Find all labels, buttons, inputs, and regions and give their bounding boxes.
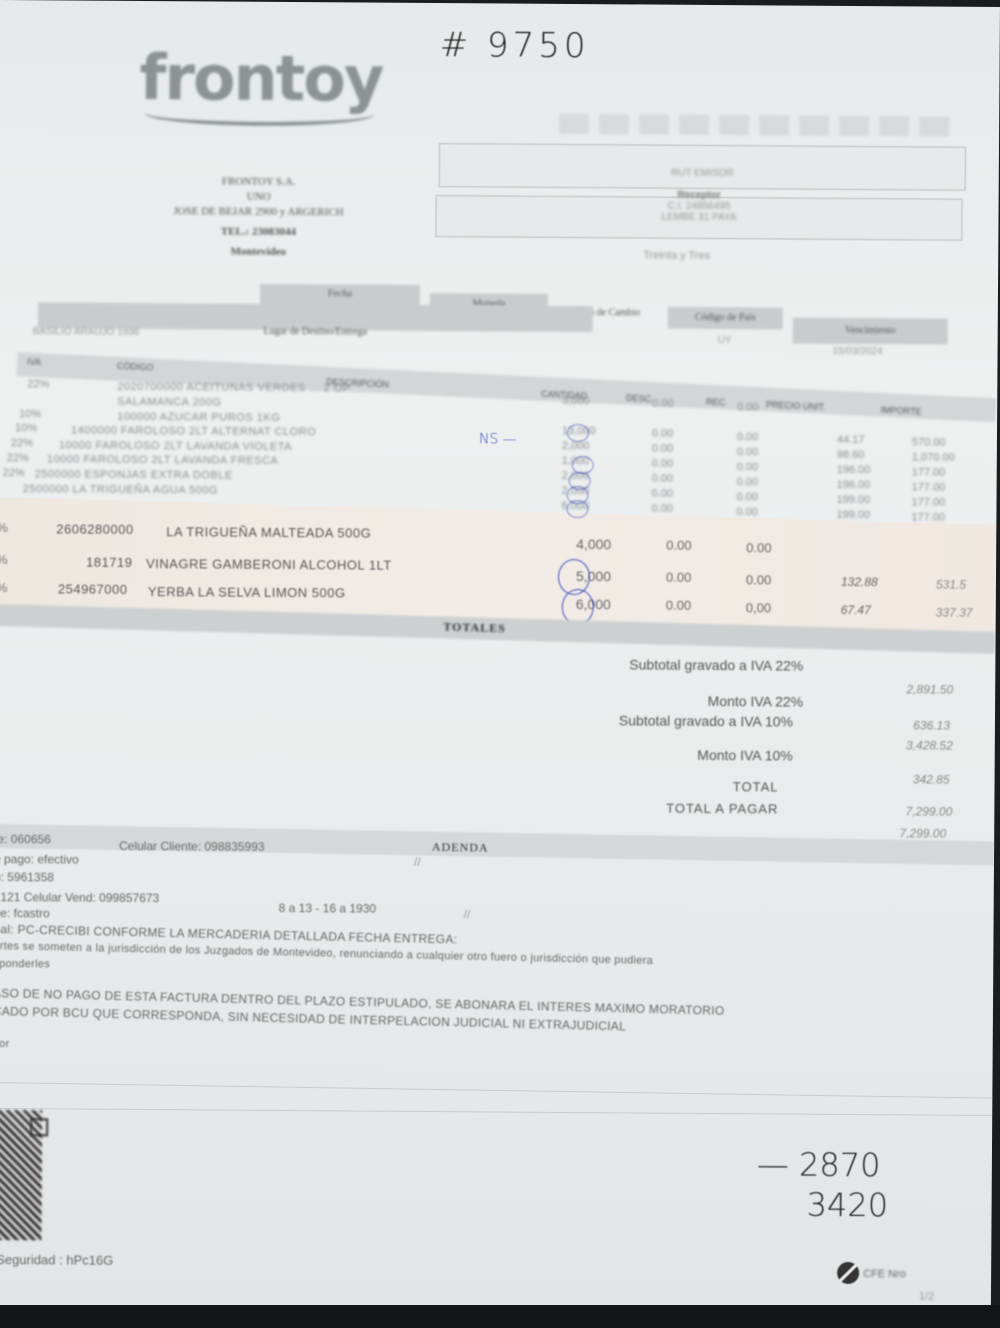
adenda-line: e pago: efectivo xyxy=(0,852,79,867)
totals-label: Monto IVA 22% xyxy=(708,693,804,710)
handwritten-calc-2: 3420 xyxy=(806,1186,888,1225)
totals-row: Monto IVA 22%636.13 xyxy=(0,0,1000,7)
totals-value: 2,891.50 xyxy=(906,682,953,696)
legal-line: dor xyxy=(0,1038,10,1050)
totals-row: Subtotal gravado a IVA 10%3,428.52 xyxy=(0,0,1000,7)
totals-value: 636.13 xyxy=(913,718,950,732)
legal-line: artes se someten a la jurisdicción de lo… xyxy=(0,940,653,967)
table-surface xyxy=(0,1305,1000,1328)
adenda-line: 8 a 13 - 16 a 1930 xyxy=(279,901,377,916)
totals-row: Subtotal gravado a IVA 22%2,891.50 xyxy=(0,0,1000,7)
totals-section: Subtotal gravado a IVA 22%2,891.50Monto … xyxy=(0,0,1000,847)
adenda-line: ne: fcastro xyxy=(0,906,50,920)
security-code: Seguridad : hPc16G xyxy=(0,1252,113,1268)
handwritten-calc-1: — 2870 xyxy=(757,1145,881,1184)
adenda-title: ADENDA xyxy=(432,840,489,856)
adenda-line: te: 060656 xyxy=(0,832,51,846)
totals-value: 7,299.00 xyxy=(906,804,953,818)
adenda-slash: // xyxy=(464,907,471,921)
divider xyxy=(0,1082,992,1099)
totals-row: Monto IVA 10%342.85 xyxy=(0,0,1000,7)
adenda-line: Celular Cliente: 098835993 xyxy=(119,839,265,854)
totals-label: Subtotal gravado a IVA 22% xyxy=(629,656,803,673)
adenda-slash: // xyxy=(414,855,421,869)
totals-label: TOTAL A PAGAR xyxy=(666,801,778,817)
dgi-logo-icon xyxy=(837,1262,859,1284)
totals-value: 342.85 xyxy=(913,772,950,786)
totals-label: Monto IVA 10% xyxy=(697,747,793,764)
totals-label: TOTAL xyxy=(733,779,779,794)
divider xyxy=(0,1108,992,1116)
totals-row: TOTAL A PAGAR7,299.00 xyxy=(0,0,1000,7)
adenda-line: : 121 Celular Vend: 099857673 xyxy=(0,890,159,905)
totals-value: 7,299.00 xyxy=(899,826,946,840)
totals-row: TOTAL7,299.00 xyxy=(0,0,1000,7)
qr-finder-icon xyxy=(30,1118,48,1136)
totals-label: Subtotal gravado a IVA 10% xyxy=(619,712,793,729)
legal-line: sponderles xyxy=(0,958,50,970)
page-indicator: 1/2 xyxy=(919,1290,934,1302)
adenda-line: o: 5961358 xyxy=(0,870,54,884)
cfe-label: CFE Nro xyxy=(863,1268,906,1280)
invoice-paper: # 9750 frontoy FRONTOY S.A. UNO JOSE DE … xyxy=(0,0,1000,1312)
totals-value: 3,428.52 xyxy=(906,738,953,752)
